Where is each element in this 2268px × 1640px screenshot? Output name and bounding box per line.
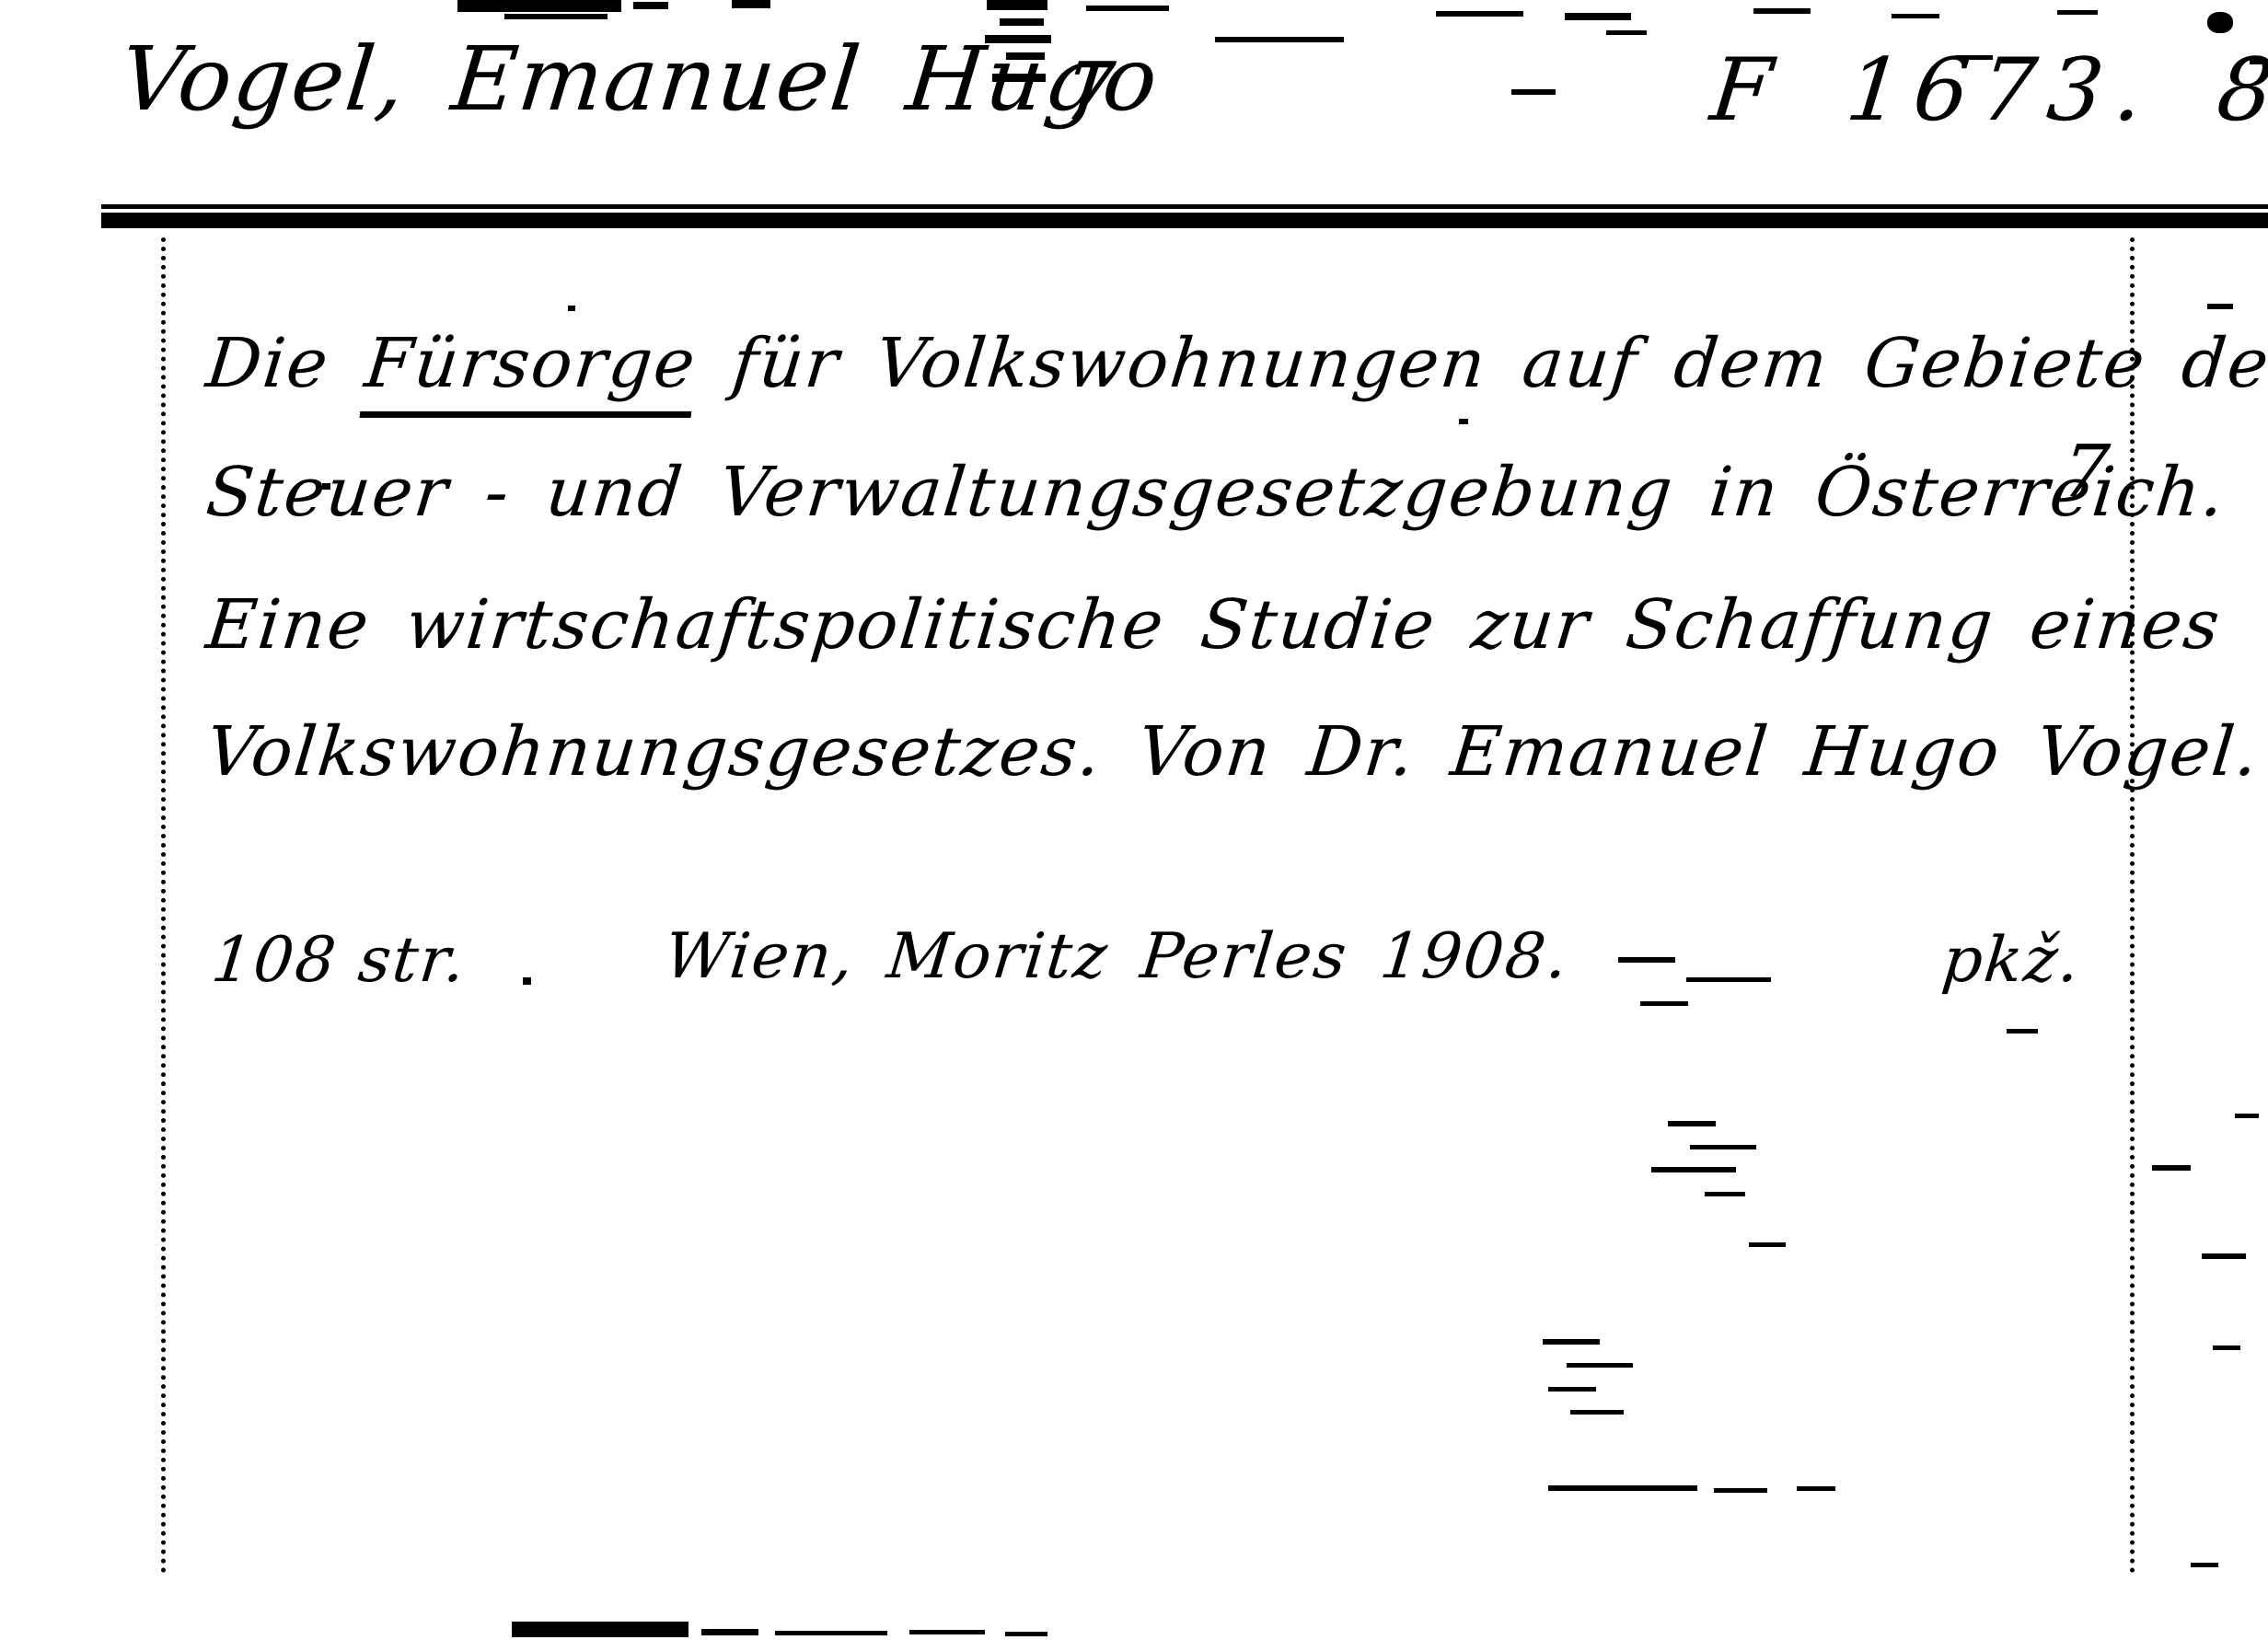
scan-noise	[2250, 59, 2264, 64]
scan-noise	[992, 74, 1046, 82]
scan-noise	[1892, 14, 1939, 18]
scan-noise	[1686, 977, 1771, 982]
scan-noise	[1606, 30, 1647, 35]
scan-noise	[1548, 1387, 1596, 1392]
scan-noise	[775, 1631, 887, 1635]
left-dotted-border	[161, 237, 166, 1574]
scan-noise	[1436, 11, 1523, 17]
scan-noise	[987, 0, 1047, 10]
scan-noise	[2057, 10, 2098, 15]
scan-noise	[504, 14, 607, 19]
scan-noise	[633, 2, 668, 9]
scan-noise	[1640, 1001, 1688, 1006]
header-rule-thick	[101, 213, 2268, 228]
scan-noise	[1567, 1363, 1633, 1368]
scan-noise	[985, 35, 1051, 43]
scan-noise	[2202, 1253, 2246, 1259]
scan-noise	[457, 0, 621, 12]
scan-noise	[701, 1629, 758, 1635]
scan-noise	[1000, 18, 1044, 26]
scan-noise	[1714, 1488, 1767, 1493]
scan-noise	[1797, 1486, 1835, 1491]
scan-noise	[1651, 1167, 1736, 1172]
scan-noise	[732, 0, 770, 8]
scan-noise	[1086, 6, 1169, 11]
scan-noise	[1705, 1192, 1745, 1196]
cataloger-mark: pkž.	[1938, 924, 2084, 997]
extent: 108 str.	[208, 924, 470, 997]
scan-noise	[523, 977, 531, 985]
title-line-1-pre: Die	[202, 324, 369, 403]
scan-noise	[1565, 13, 1631, 20]
title-line-3: Eine wirtschaftspolitische Studie zur Sc…	[202, 585, 2225, 664]
scan-noise	[2207, 304, 2233, 309]
scan-noise	[1548, 1485, 1697, 1491]
scan-noise	[322, 483, 330, 490]
scan-noise	[1006, 52, 1045, 60]
scan-noise	[1618, 957, 1675, 963]
scan-noise	[2191, 1563, 2218, 1567]
right-dotted-border	[2130, 237, 2135, 1574]
title-line-4-text: Volkswohnungsgesetzes. Von Dr. Emanuel H…	[202, 712, 2263, 791]
scan-noise	[1690, 1145, 1756, 1149]
scan-noise	[1459, 419, 1468, 424]
scan-noise	[1570, 1410, 1624, 1415]
scan-noise	[2007, 1029, 2038, 1034]
title-line-2: Steuer - und Verwaltungsgesetzgebung in …	[202, 453, 2229, 532]
scan-noise	[1543, 1339, 1600, 1345]
annotation-mark-7-header: 7	[1059, 46, 1118, 138]
scan-noise	[1005, 1632, 1047, 1636]
title-line-1: Die Fürsorge für Volkswohnungen auf dem …	[202, 324, 2268, 403]
scan-noise	[2235, 1114, 2259, 1118]
scan-noise	[1753, 8, 1811, 14]
scan-noise	[1215, 37, 1344, 42]
title-line-1-post: für Volkswohnungen auf dem Gebiete der	[692, 324, 2268, 403]
scan-noise	[2213, 1345, 2240, 1350]
title-line-1-underlined: Fürsorge	[360, 324, 700, 418]
scan-noise	[1668, 1121, 1716, 1126]
scan-noise	[2207, 12, 2233, 33]
scan-noise	[1511, 89, 1556, 95]
title-line-4: Volkswohnungsgesetzes. Von Dr. Emanuel H…	[202, 712, 2268, 791]
scan-noise	[568, 306, 575, 311]
imprint: Wien, Moritz Perles 1908.	[661, 920, 1572, 993]
scan-noise	[2152, 1165, 2191, 1171]
scan-noise	[512, 1622, 688, 1637]
scan-noise	[1956, 55, 1993, 60]
header-rule-thin	[101, 204, 2268, 209]
scan-noise	[909, 1630, 985, 1634]
annotation-mark-7-line2: 7	[2058, 431, 2112, 514]
scan-noise	[1749, 1242, 1786, 1247]
